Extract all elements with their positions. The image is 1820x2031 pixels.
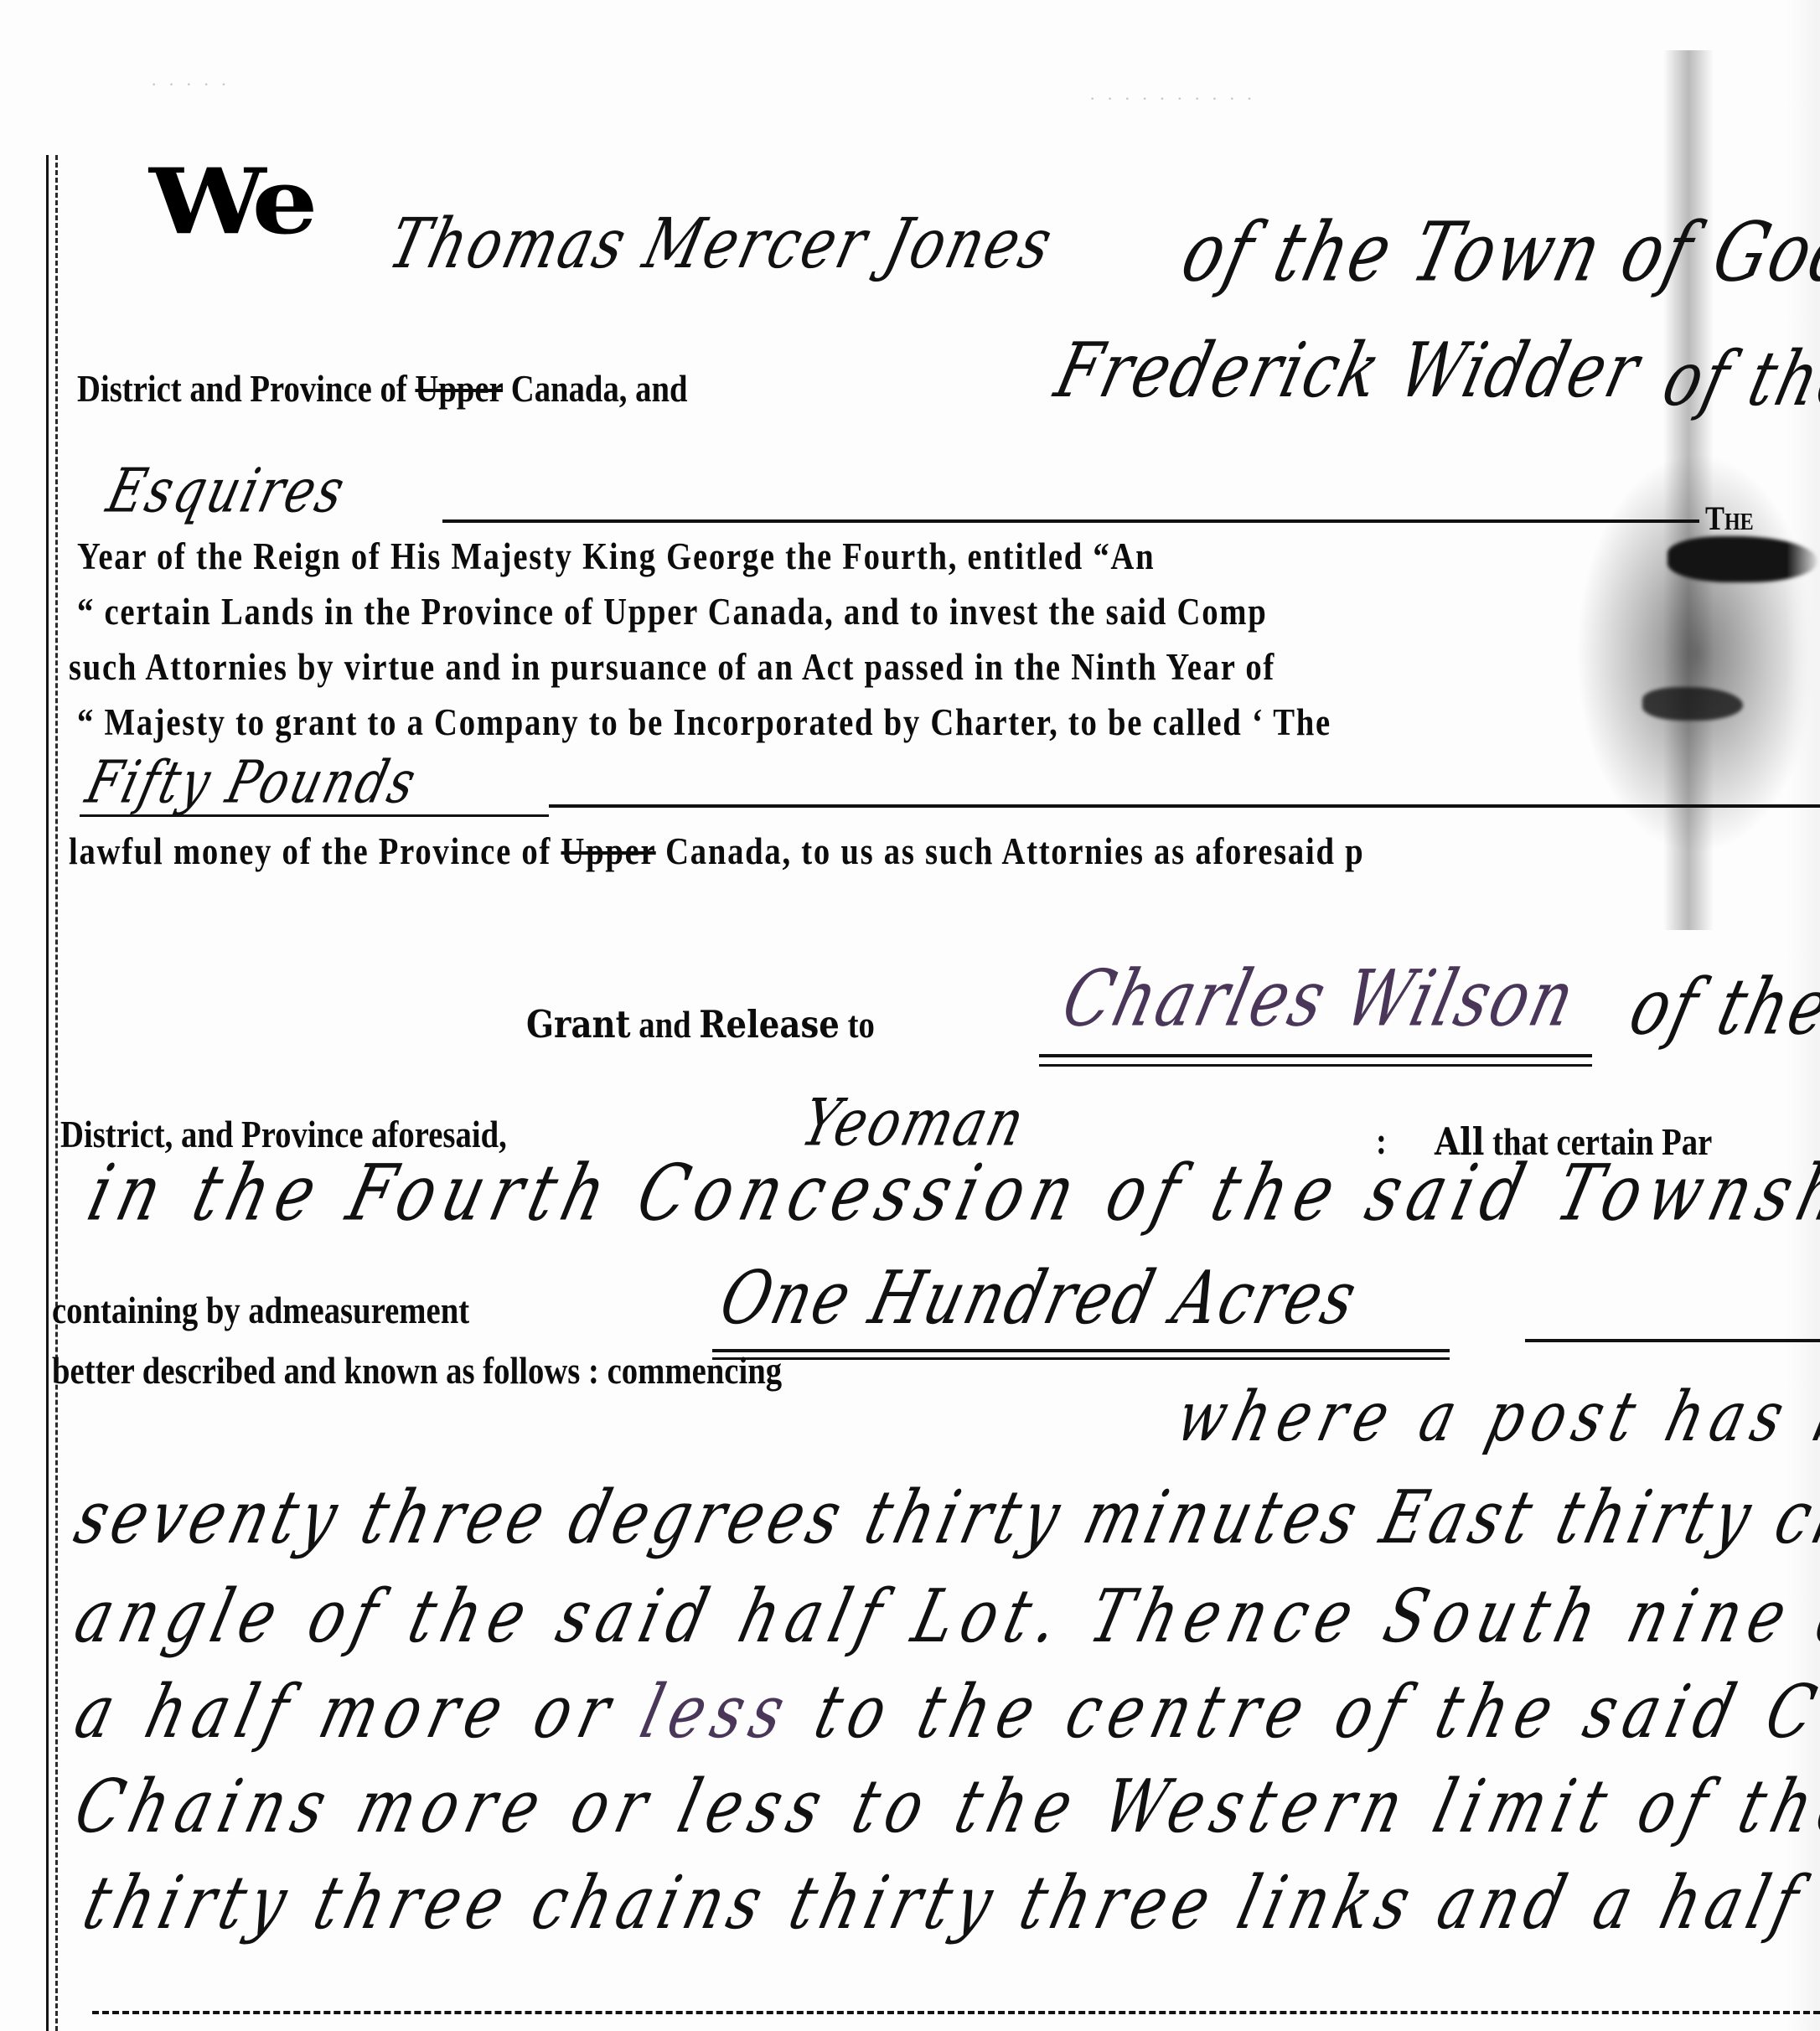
heading-we: We xyxy=(149,149,313,255)
grantee-underline-2 xyxy=(1039,1064,1592,1067)
grantor-name-1: Thomas Mercer Jones xyxy=(381,204,1062,284)
ink-blot xyxy=(1642,687,1743,721)
grantor-title-esquires: Esquires xyxy=(101,455,354,526)
description-line-5: Chains more or less to the Western limit… xyxy=(67,1764,1820,1850)
consideration-amount: Fifty Pounds xyxy=(80,749,425,817)
grant-release-line: Grant and Release to xyxy=(526,1002,875,1047)
print-line-2: District and Province of Upper Canada, a… xyxy=(77,367,688,411)
acreage: One Hundred Acres xyxy=(712,1255,1367,1341)
description-line-1: where a post has be xyxy=(1169,1377,1820,1457)
description-line-2: seventy three degrees thirty minutes Eas… xyxy=(67,1475,1820,1561)
grantee-name: Charles Wilson xyxy=(1054,954,1585,1045)
acreage-underline xyxy=(712,1349,1450,1352)
grant-word: Grant xyxy=(526,1002,631,1047)
print-containing: containing by admeasurement xyxy=(52,1289,469,1332)
parcel-location: in the Fourth Concession of the said Tow… xyxy=(80,1149,1820,1239)
description-line-4: a half more or less to the centre of the… xyxy=(67,1669,1820,1755)
fill-rule xyxy=(549,804,1820,808)
bottom-rule xyxy=(92,2011,1820,2014)
description-line-6: thirty three chains thirty three links a… xyxy=(75,1860,1813,1946)
print-commencing: better described and known as follows : … xyxy=(52,1349,782,1393)
grantor-2-residence: of the xyxy=(1655,334,1820,422)
print-the: The xyxy=(1705,499,1754,538)
purple-ink-correction: less xyxy=(633,1669,801,1755)
print-line-7: “ Majesty to grant to a Company to be In… xyxy=(77,700,1331,744)
struck-upper: Upper xyxy=(561,830,655,872)
description-line-3: angle of the said half Lot. Thence South… xyxy=(67,1574,1820,1660)
print-line-6: such Attornies by virtue and in pursuanc… xyxy=(69,645,1275,689)
fill-rule xyxy=(1525,1339,1820,1342)
faded-header-text-left: · · · · · xyxy=(151,74,230,96)
print-line-5: “ certain Lands in the Province of Upper… xyxy=(77,590,1267,633)
grantor-1-residence: of the Town of God xyxy=(1173,206,1820,301)
left-border-dashed xyxy=(55,155,58,2031)
fill-rule xyxy=(442,519,1699,523)
grantor-name-2: Frederick Widder xyxy=(1047,326,1650,414)
grantee-underline xyxy=(1039,1054,1592,1057)
struck-upper: Upper xyxy=(415,368,503,410)
deed-page: · · · · · · · · · · · · · · · We Thomas … xyxy=(0,0,1820,2031)
grantee-residence: of the xyxy=(1621,963,1820,1053)
left-border-line xyxy=(46,155,49,2031)
acreage-underline-2 xyxy=(712,1357,1450,1360)
print-line-9: lawful money of the Province of Upper Ca… xyxy=(69,829,1364,873)
release-word: Release xyxy=(699,1002,840,1047)
print-line-4: Year of the Reign of His Majesty King Ge… xyxy=(77,535,1155,578)
amount-underline xyxy=(80,814,549,817)
ink-bleed-smudge xyxy=(1575,452,1818,855)
faded-header-text-right: · · · · · · · · · · xyxy=(1089,88,1256,110)
